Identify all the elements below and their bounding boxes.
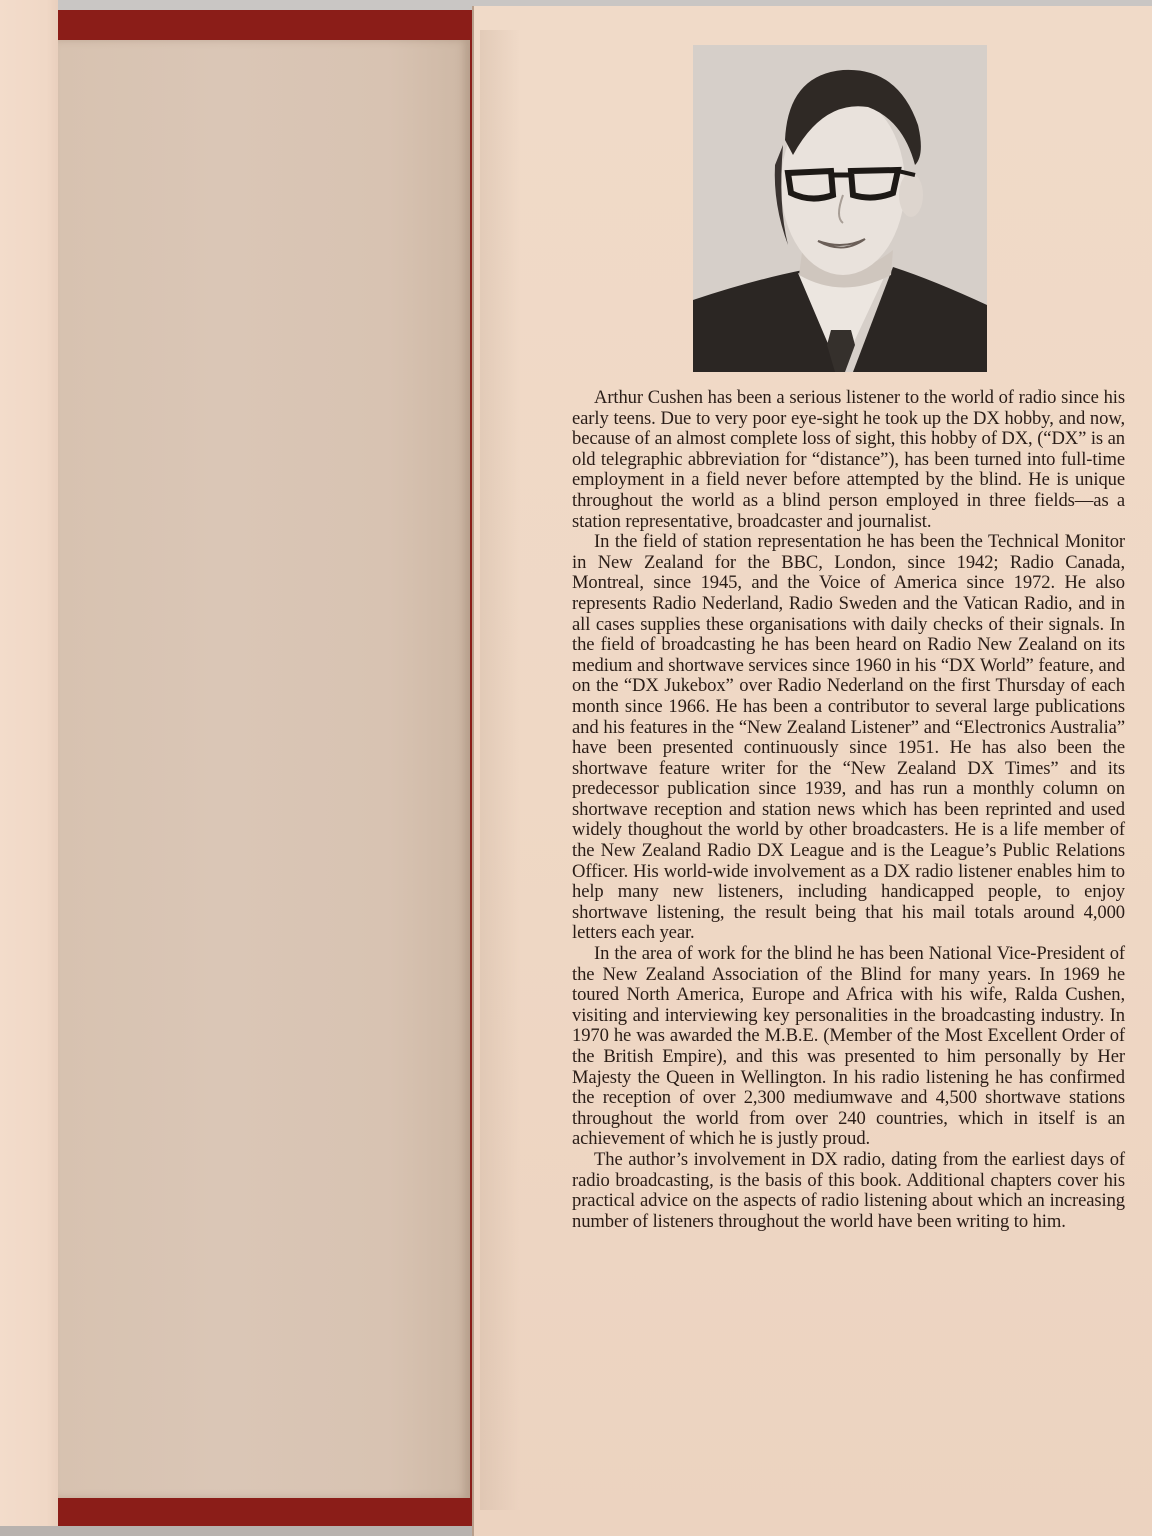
bio-paragraph-1: Arthur Cushen has been a serious listene… (572, 388, 1125, 532)
bio-paragraph-4: The author’s involvement in DX radio, da… (572, 1150, 1125, 1232)
author-photo (693, 45, 987, 372)
endpaper-page (58, 40, 470, 1498)
portrait-icon (693, 45, 987, 372)
jacket-fold-shadow (480, 30, 520, 1510)
bio-paragraph-3: In the area of work for the blind he has… (572, 944, 1125, 1150)
bio-paragraph-2: In the field of station representation h… (572, 532, 1125, 944)
author-biography: Arthur Cushen has been a serious listene… (572, 388, 1125, 1232)
front-flyleaf-edge (0, 0, 58, 1536)
